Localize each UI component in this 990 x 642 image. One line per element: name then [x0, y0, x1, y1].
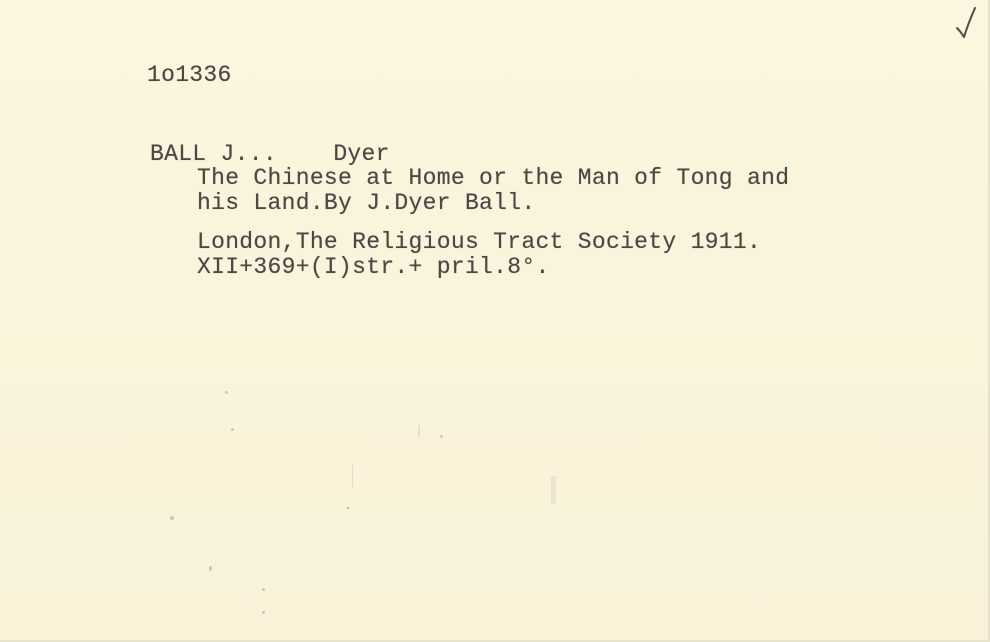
call-number: 1o1336 [147, 62, 232, 88]
catalog-card: 1o1336 BALL J... Dyer The Chinese at Hom… [0, 0, 990, 642]
paper-speck [262, 611, 265, 614]
collation: XII+369+(I)str.+ pril.8°. [197, 254, 550, 280]
paper-speck [225, 391, 228, 394]
paper-speck [347, 507, 349, 509]
paper-streak [551, 476, 556, 504]
paper-speck [262, 588, 265, 591]
check-mark-icon [954, 6, 978, 40]
paper-speck [440, 435, 443, 438]
paper-speck [209, 566, 212, 571]
paper-streak [418, 425, 420, 437]
title-line: his Land.By J.Dyer Ball. [197, 190, 535, 216]
imprint: London,The Religious Tract Society 1911. [197, 229, 761, 255]
paper-streak [352, 465, 353, 487]
paper-speck [170, 516, 174, 520]
author-heading: BALL J... Dyer [150, 141, 390, 167]
title-line: The Chinese at Home or the Man of Tong a… [197, 165, 789, 191]
paper-speck [231, 428, 234, 431]
